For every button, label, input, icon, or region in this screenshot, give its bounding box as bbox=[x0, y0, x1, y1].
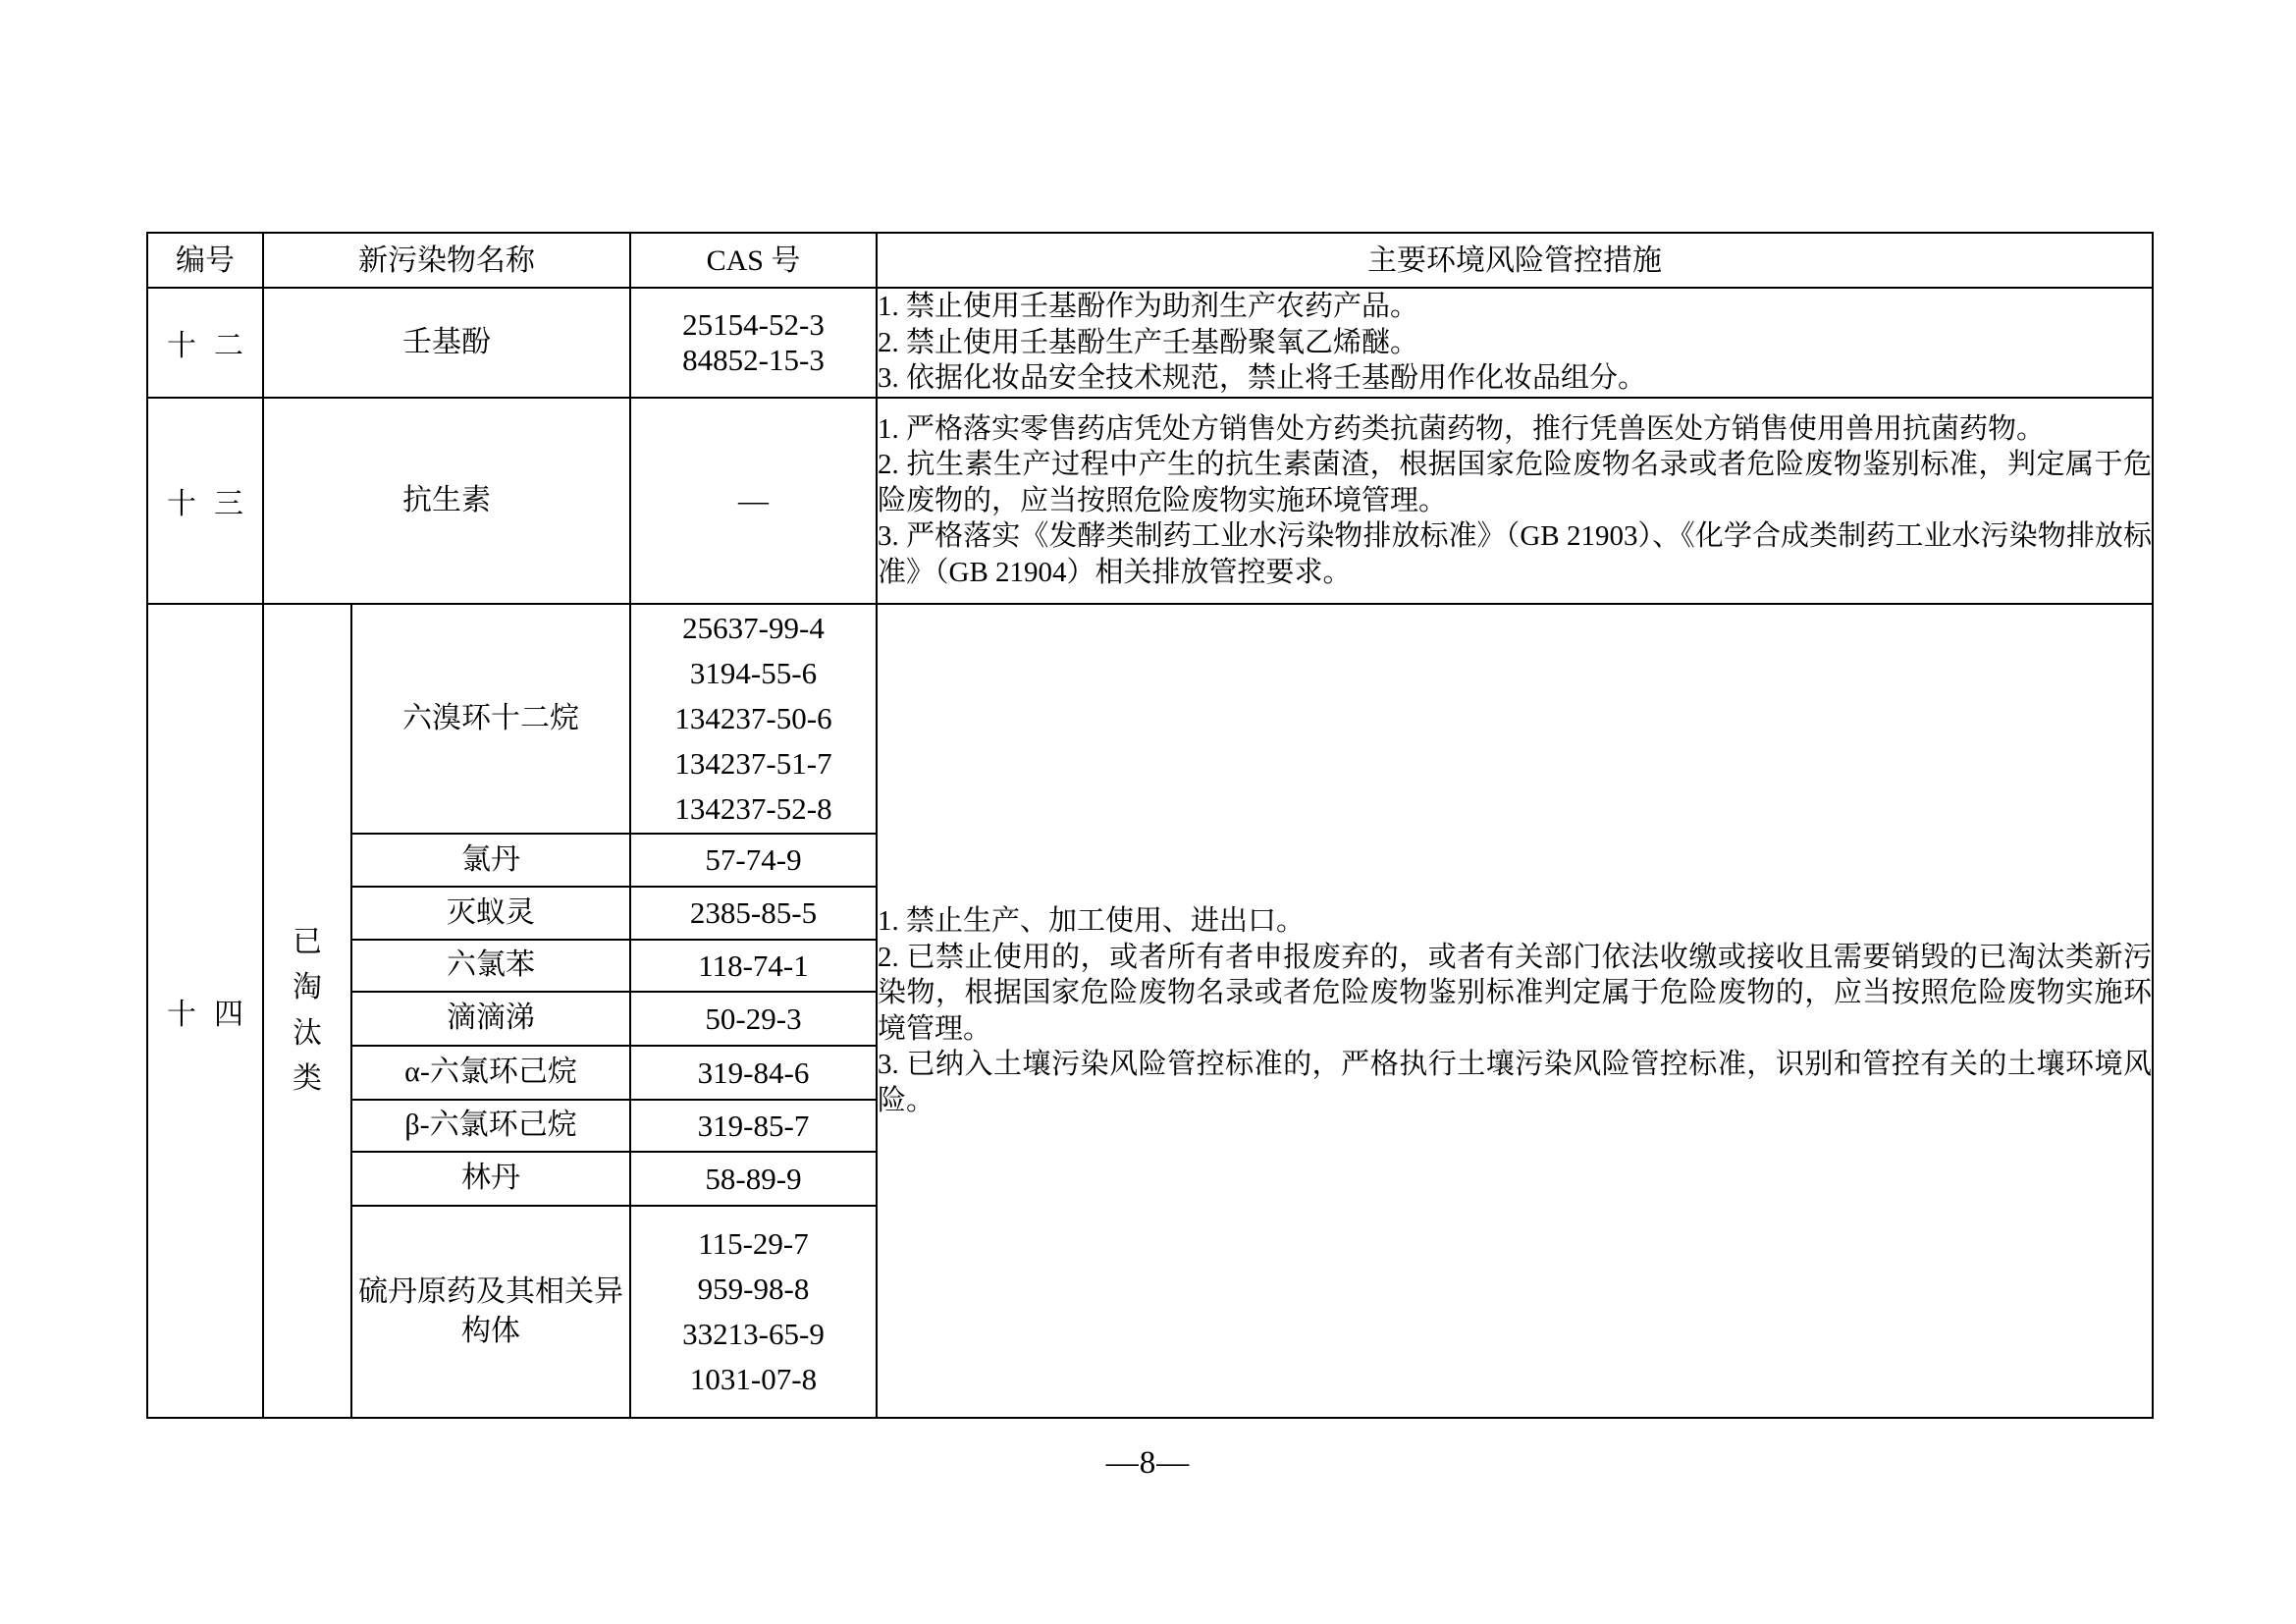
subrow-pollutant-name: 滴滴涕 bbox=[351, 992, 630, 1046]
header-cas: CAS 号 bbox=[630, 233, 877, 288]
row13-number-text: 十三 bbox=[167, 488, 261, 520]
header-no: 编号 bbox=[147, 233, 263, 288]
table-row: 十四 已淘汰类 六溴环十二烷 25637-99-4 3194-55-6 1342… bbox=[147, 604, 2153, 834]
row14-number: 十四 bbox=[147, 604, 263, 1418]
row12-cas: 25154-52-3 84852-15-3 bbox=[630, 288, 877, 398]
row14-category: 已淘汰类 bbox=[263, 604, 351, 1418]
subrow-cas: 118-74-1 bbox=[630, 940, 877, 992]
subrow-cas: 319-85-7 bbox=[630, 1100, 877, 1152]
row12-number-text: 十二 bbox=[167, 330, 261, 362]
header-measures: 主要环境风险管控措施 bbox=[877, 233, 2153, 288]
row12-number: 十二 bbox=[147, 288, 263, 398]
row12-measures: 1. 禁止使用壬基酚作为助剂生产农药产品。 2. 禁止使用壬基酚生产壬基酚聚氧乙… bbox=[877, 288, 2153, 398]
subrow-cas: 115-29-7 959-98-8 33213-65-9 1031-07-8 bbox=[630, 1206, 877, 1418]
row14-measures: 1. 禁止生产、加工使用、进出口。 2. 已禁止使用的，或者所有者申报废弃的，或… bbox=[877, 604, 2153, 1418]
subrow-pollutant-name: 林丹 bbox=[351, 1152, 630, 1206]
subrow-pollutant-name: 六氯苯 bbox=[351, 940, 630, 992]
subrow-cas: 319-84-6 bbox=[630, 1046, 877, 1100]
document-page: 编号 新污染物名称 CAS 号 主要环境风险管控措施 十二 壬基酚 25154-… bbox=[0, 0, 2296, 1624]
subrow-pollutant-name: β-六氯环己烷 bbox=[351, 1100, 630, 1152]
page-number: —8— bbox=[0, 1445, 2296, 1482]
table-row: 十二 壬基酚 25154-52-3 84852-15-3 1. 禁止使用壬基酚作… bbox=[147, 288, 2153, 398]
header-pollutant-name: 新污染物名称 bbox=[263, 233, 630, 288]
subrow-cas: 25637-99-4 3194-55-6 134237-50-6 134237-… bbox=[630, 604, 877, 834]
row13-number: 十三 bbox=[147, 398, 263, 604]
table-row: 十三 抗生素 — 1. 严格落实零售药店凭处方销售处方药类抗菌药物，推行凭兽医处… bbox=[147, 398, 2153, 604]
subrow-cas: 57-74-9 bbox=[630, 834, 877, 887]
subrow-pollutant-name: 灭蚁灵 bbox=[351, 887, 630, 940]
subrow-pollutant-name: α-六氯环己烷 bbox=[351, 1046, 630, 1100]
row13-pollutant-name: 抗生素 bbox=[263, 398, 630, 604]
subrow-pollutant-name: 硫丹原药及其相关异构体 bbox=[351, 1206, 630, 1418]
subrow-cas: 58-89-9 bbox=[630, 1152, 877, 1206]
subrow-pollutant-name: 六溴环十二烷 bbox=[351, 604, 630, 834]
row13-cas: — bbox=[630, 398, 877, 604]
subrow-pollutant-name: 氯丹 bbox=[351, 834, 630, 887]
row14-category-text: 已淘汰类 bbox=[293, 920, 322, 1103]
subrow-cas: 2385-85-5 bbox=[630, 887, 877, 940]
pollutant-control-table: 编号 新污染物名称 CAS 号 主要环境风险管控措施 十二 壬基酚 25154-… bbox=[146, 232, 2154, 1419]
subrow-cas: 50-29-3 bbox=[630, 992, 877, 1046]
row13-measures: 1. 严格落实零售药店凭处方销售处方药类抗菌药物，推行凭兽医处方销售使用兽用抗菌… bbox=[877, 398, 2153, 604]
row14-number-text: 十四 bbox=[167, 999, 261, 1031]
table-header-row: 编号 新污染物名称 CAS 号 主要环境风险管控措施 bbox=[147, 233, 2153, 288]
row12-pollutant-name: 壬基酚 bbox=[263, 288, 630, 398]
